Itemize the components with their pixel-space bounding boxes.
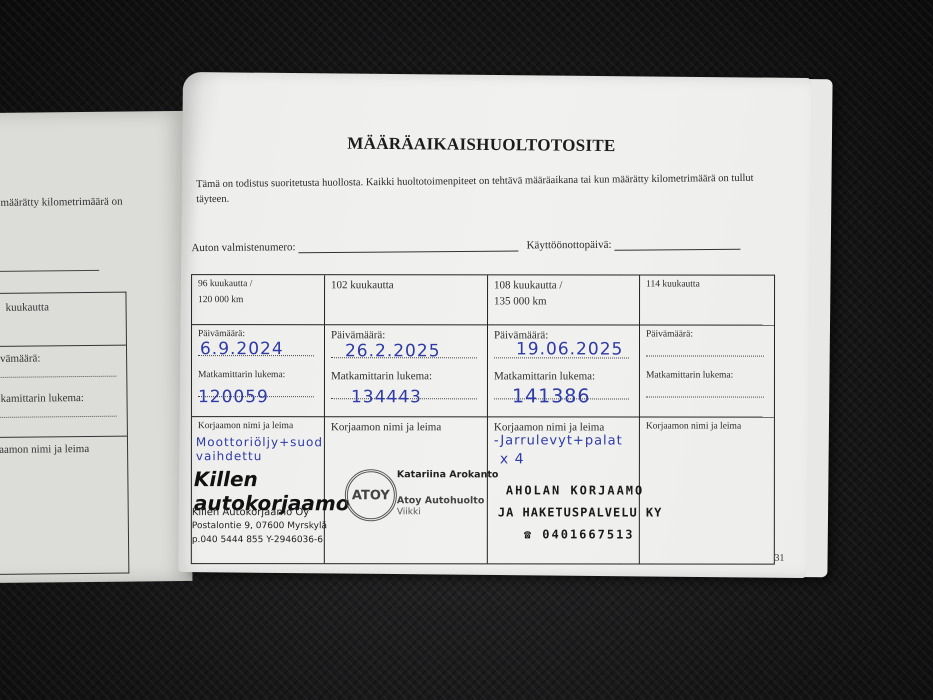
interval-km: 120 000 km: [198, 295, 318, 305]
page-number: 31: [774, 553, 784, 564]
interval-label: 114 kuukautta: [646, 279, 768, 289]
odometer-label: Matkamittarin lukema:: [198, 370, 318, 380]
stamp-phone: ☎ 0401667513: [524, 527, 635, 541]
interval-cell-96: 96 kuukautta / 120 000 km: [192, 275, 325, 325]
workshop-label: Korjaamon nimi ja leima: [331, 421, 481, 433]
workshop-cell-4: Korjaamon nimi ja leima: [640, 417, 774, 563]
date-odometer-cell-4: Päivämäärä: Matkamittarin lukema:: [640, 325, 774, 417]
stamp-address: Postalontie 9, 07600 Myrskylä: [192, 521, 327, 531]
stamp-company: Killen Autokorjaamo Oy: [192, 507, 309, 518]
service-record-page: MÄÄRÄAIKAISHUOLTOTOSITE Tämä on todistus…: [178, 72, 811, 578]
odometer-label: Matkamittarin lukema:: [646, 370, 768, 380]
commission-date-field[interactable]: [614, 249, 740, 251]
odometer-value[interactable]: 120059: [198, 387, 269, 407]
date-odometer-cell-3: Päivämäärä: 19.06.2025 Matkamittarin luk…: [488, 325, 640, 417]
service-table: 96 kuukautta / 120 000 km 102 kuukautta …: [191, 274, 775, 565]
odometer-value[interactable]: 141386: [512, 385, 591, 407]
stamp-line1: AHOLAN KORJAAMO: [506, 483, 644, 497]
handwritten-note: Moottoriöljy+suod vaihdettu: [196, 435, 316, 463]
date-value[interactable]: 19.06.2025: [516, 339, 623, 359]
workshop-label: Korjaamon nimi ja leima: [198, 421, 318, 431]
stamp-contact: p.040 5444 855 Y-2946036-6: [192, 535, 323, 545]
interval-km: 135 000 km: [494, 295, 633, 307]
date-label: Päivämäärä:: [331, 329, 481, 341]
date-value[interactable]: 6.9.2024: [200, 339, 284, 359]
left-page: määrätty kilometrimäärä on kuukautta väm…: [0, 111, 192, 583]
workshop-cell-1: Korjaamon nimi ja leima Moottoriöljy+suo…: [192, 417, 325, 563]
interval-label: 102 kuukautta: [331, 279, 481, 291]
atoy-seal-icon: ATOY: [345, 469, 397, 521]
workshop-cell-2: Korjaamon nimi ja leima ATOY Katariina A…: [325, 417, 488, 563]
date-odometer-cell-1: Päivämäärä: 6.9.2024 Matkamittarin lukem…: [192, 325, 325, 417]
stamp-company: Atoy Autohuolto: [397, 495, 484, 506]
left-col-header: kuukautta: [6, 301, 50, 313]
left-odometer-label: kamittarin lukema:: [0, 392, 84, 405]
left-date-label: vämäärä:: [0, 352, 40, 364]
odometer-label: Matkamittarin lukema:: [331, 370, 481, 382]
left-service-table: kuukautta vämäärä: kamittarin lukema: aa…: [0, 292, 129, 576]
workshop-label: Korjaamon nimi ja leima: [494, 421, 633, 433]
vehicle-fields: Auton valmistenumero: Käyttöönottopäivä:: [191, 238, 740, 254]
page-title: MÄÄRÄAIKAISHUOLTOTOSITE: [347, 134, 615, 157]
stamp-line2: JA HAKETUSPALVELU KY: [498, 505, 663, 519]
commission-date-label: Käyttöönottopäivä:: [527, 239, 612, 252]
interval-cell-108: 108 kuukautta / 135 000 km: [488, 275, 640, 325]
date-odometer-cell-2: Päivämäärä: 26.2.2025 Matkamittarin luke…: [325, 325, 488, 417]
date-label: Päivämäärä:: [646, 329, 768, 339]
date-label: Päivämäärä:: [198, 329, 318, 339]
interval-label: 108 kuukautta /: [494, 279, 633, 291]
odometer-label: Matkamittarin lukema:: [494, 370, 633, 382]
intro-text: Tämä on todistus suoritetusta huollosta.…: [196, 170, 786, 207]
serial-number-field[interactable]: [298, 251, 518, 254]
workshop-label: Korjaamon nimi ja leima: [646, 421, 768, 431]
left-intro-fragment: määrätty kilometrimäärä on: [0, 196, 122, 209]
stamp-signer: Katariina Arokanto: [397, 469, 499, 480]
odometer-value[interactable]: [646, 380, 764, 397]
handwritten-note: -Jarrulevyt+palat: [494, 433, 623, 448]
interval-cell-102: 102 kuukautta: [325, 275, 488, 325]
left-workshop-label: aamon nimi ja leima: [0, 443, 89, 456]
handwritten-note-qty: x 4: [500, 451, 525, 467]
odometer-value[interactable]: 134443: [351, 387, 422, 407]
serial-number-label: Auton valmistenumero:: [191, 241, 295, 254]
interval-label: 96 kuukautta /: [198, 279, 318, 289]
date-value[interactable]: [646, 339, 764, 356]
left-field-line: [0, 270, 99, 272]
date-value[interactable]: 26.2.2025: [345, 341, 441, 361]
interval-cell-114: 114 kuukautta: [640, 275, 774, 325]
workshop-cell-3: Korjaamon nimi ja leima -Jarrulevyt+pala…: [488, 417, 640, 563]
stamp-location: Viikki: [397, 507, 421, 517]
